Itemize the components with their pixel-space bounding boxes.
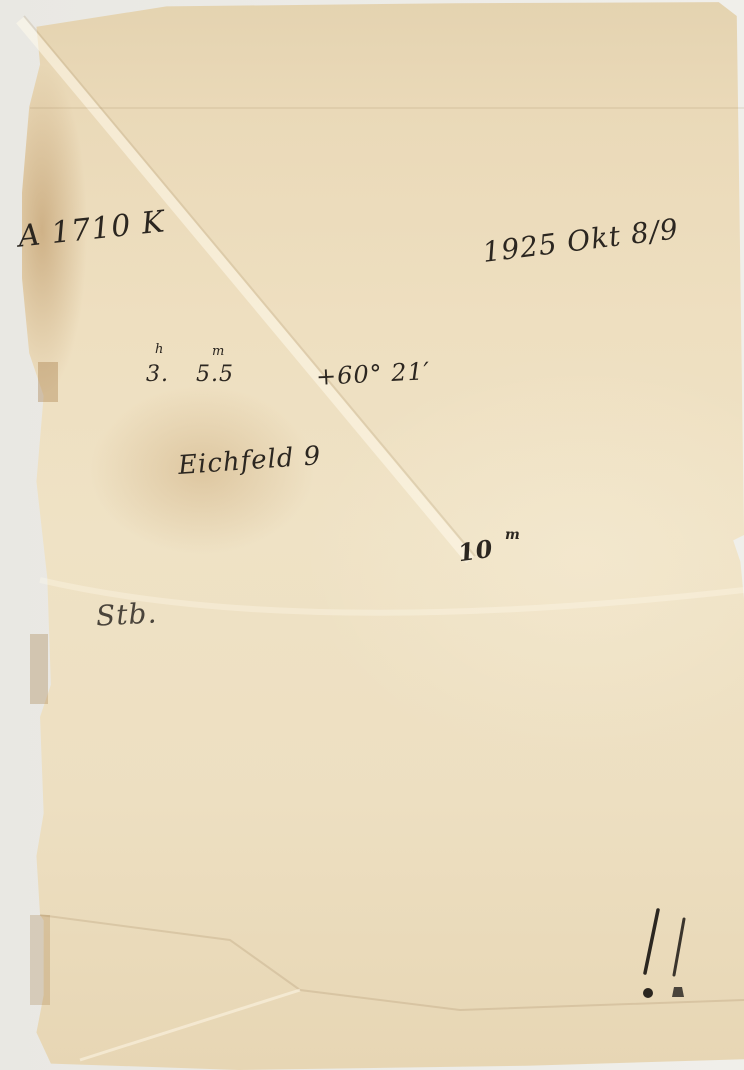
quality-marks-icon [640, 905, 710, 1005]
right-ascension-minutes: 5.5 [196, 362, 234, 387]
exposure-time: 10 [456, 534, 495, 568]
envelope-paper [22, 0, 744, 1070]
right-ascension-hours: 3. [146, 362, 169, 387]
observer-initials: Stb. [95, 596, 158, 632]
declination: +60° 21′ [315, 357, 431, 391]
exposure-unit: m [505, 527, 520, 543]
ra-minutes-unit: m [212, 344, 224, 359]
ra-hours-unit: h [155, 342, 163, 357]
